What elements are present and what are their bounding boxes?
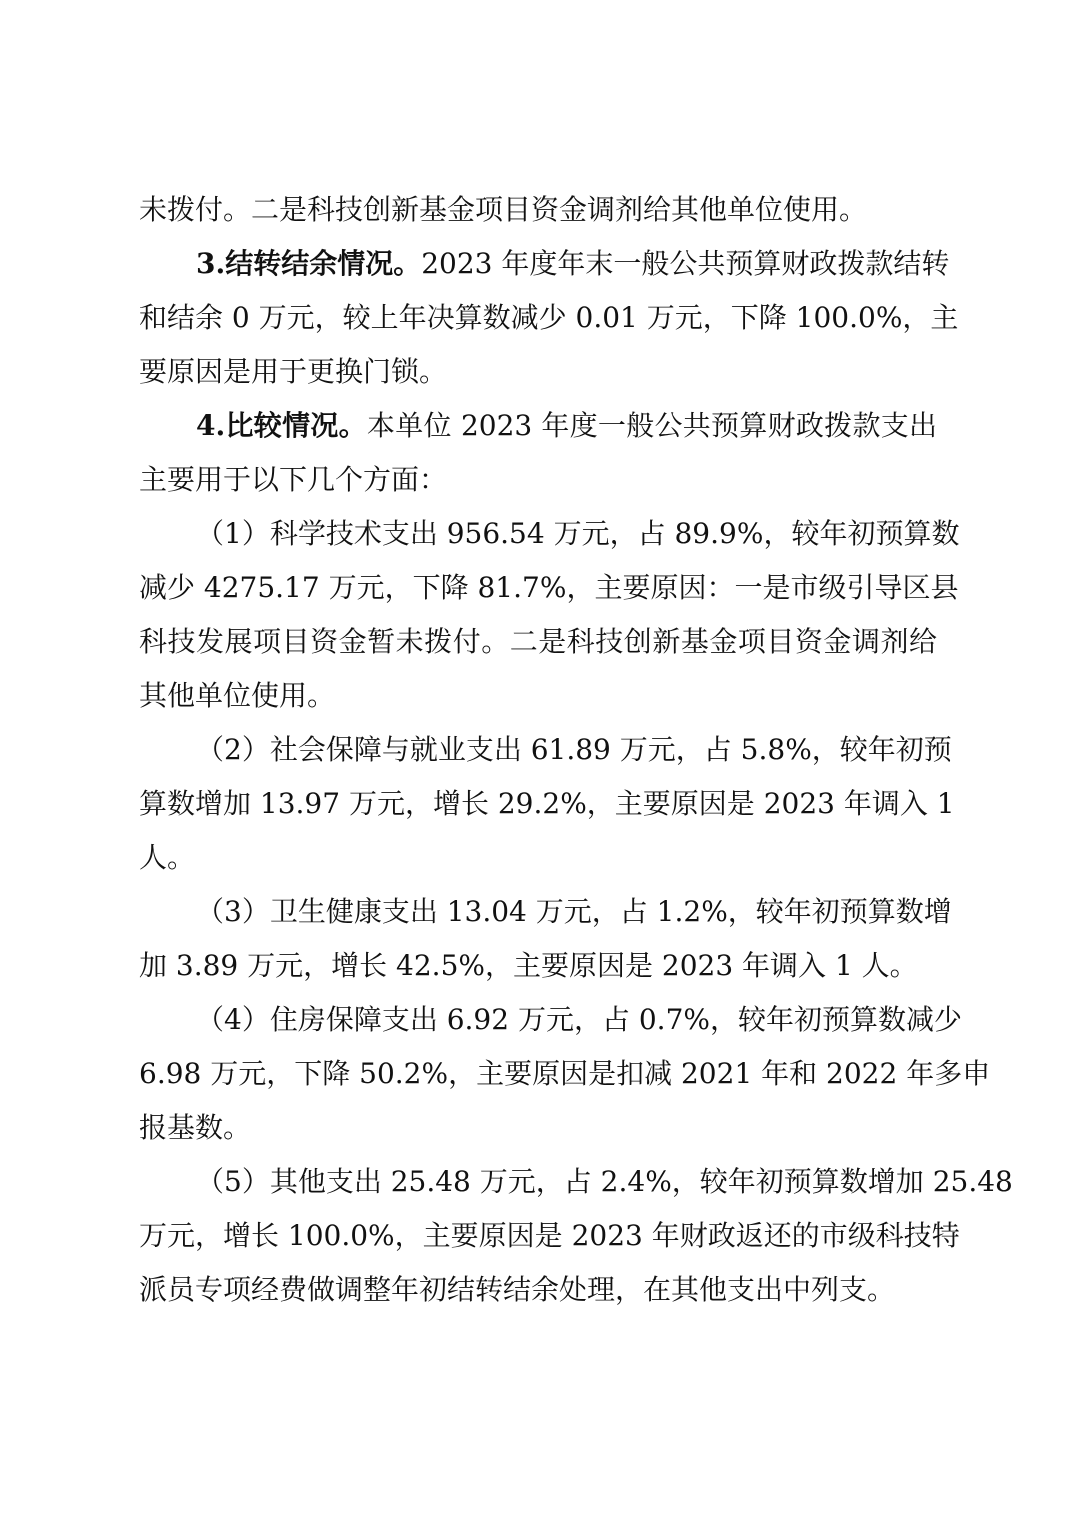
item-3-line-2: 加 3.89 万元，增长 42.5%，主要原因是 2023 年调入 1 人。 (139, 946, 937, 986)
section-3-line-2: 和结余 0 万元，较上年决算数减少 0.01 万元，下降 100.0%，主 (139, 298, 937, 338)
item-2-line-1: （2）社会保障与就业支出 61.89 万元，占 5.8%，较年初预 (196, 730, 937, 770)
section-4-line-1: 4.比较情况。本单位 2023 年度一般公共预算财政拨款支出 (196, 406, 937, 446)
item-5-line-2: 万元，增长 100.0%，主要原因是 2023 年财政返还的市级科技特 (139, 1216, 937, 1256)
item-1-line-4: 其他单位使用。 (139, 676, 937, 716)
section-4-text: 本单位 2023 年度一般公共预算财政拨款支出 (367, 409, 937, 442)
item-2-line-3: 人。 (139, 838, 937, 878)
section-3-heading: 3.结转结余情况。 (196, 247, 421, 280)
item-1-line-3: 科技发展项目资金暂未拨付。二是科技创新基金项目资金调剂给 (139, 622, 937, 662)
section-3-text: 2023 年度年末一般公共预算财政拨款结转 (421, 247, 949, 280)
item-4-line-1: （4）住房保障支出 6.92 万元，占 0.7%，较年初预算数减少 (196, 1000, 937, 1040)
section-4-heading: 4.比较情况。 (196, 409, 367, 442)
section-3-line-3: 要原因是用于更换门锁。 (139, 352, 937, 392)
paragraph-continuation: 未拨付。二是科技创新基金项目资金调剂给其他单位使用。 (139, 190, 937, 230)
section-4-line-2: 主要用于以下几个方面： (139, 460, 937, 500)
item-4-line-2: 6.98 万元，下降 50.2%，主要原因是扣减 2021 年和 2022 年多… (139, 1054, 937, 1094)
item-1-line-2: 减少 4275.17 万元，下降 81.7%，主要原因：一是市级引导区县 (139, 568, 937, 608)
document-page: 未拨付。二是科技创新基金项目资金调剂给其他单位使用。 3.结转结余情况。2023… (0, 0, 1074, 1520)
item-5-line-3: 派员专项经费做调整年初结转结余处理，在其他支出中列支。 (139, 1270, 937, 1310)
section-3-line-1: 3.结转结余情况。2023 年度年末一般公共预算财政拨款结转 (196, 244, 937, 284)
item-4-line-3: 报基数。 (139, 1108, 937, 1148)
item-2-line-2: 算数增加 13.97 万元，增长 29.2%，主要原因是 2023 年调入 1 (139, 784, 937, 824)
item-3-line-1: （3）卫生健康支出 13.04 万元，占 1.2%，较年初预算数增 (196, 892, 937, 932)
item-5-line-1: （5）其他支出 25.48 万元，占 2.4%，较年初预算数增加 25.48 (196, 1162, 937, 1202)
item-1-line-1: （1）科学技术支出 956.54 万元，占 89.9%，较年初预算数 (196, 514, 937, 554)
